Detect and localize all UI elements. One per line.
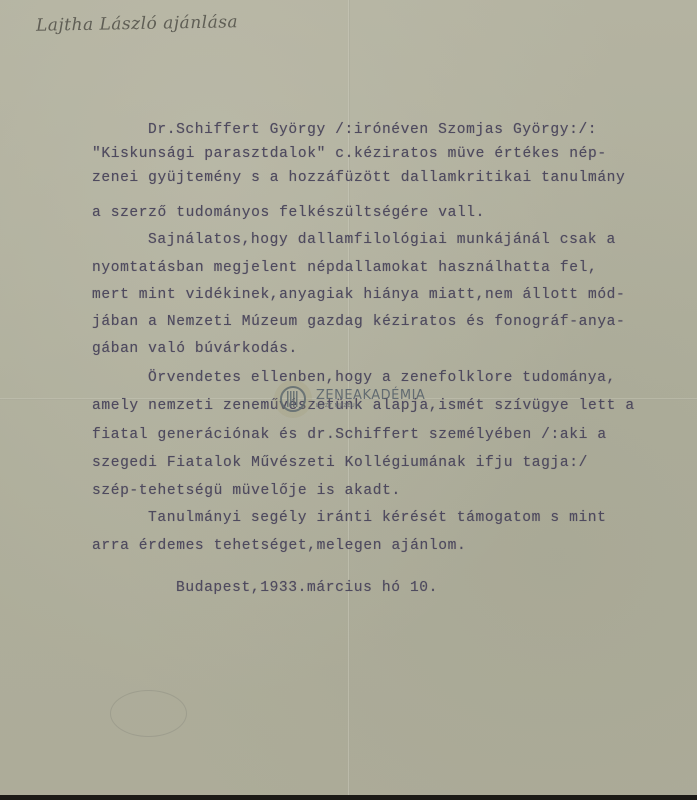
watermark-subtitle: LISZT MÚZEUM bbox=[316, 404, 425, 409]
letter-line: nyomtatásban megjelent népdallamokat has… bbox=[92, 260, 597, 276]
letter-line: "Kiskunsági parasztdalok" c.kéziratos mü… bbox=[92, 146, 607, 162]
letter-line: Dr.Schiffert György /:irónéven Szomjas G… bbox=[148, 122, 597, 138]
letter-line: Sajnálatos,hogy dallamfilológiai munkájá… bbox=[148, 232, 616, 248]
zeneakademia-watermark: ZENEAKADÉMIA LISZT MÚZEUM bbox=[280, 386, 425, 412]
letter-line: Örvendetes ellenben,hogy a zenefolklore … bbox=[148, 370, 616, 386]
scan-bottom-edge bbox=[0, 795, 697, 800]
scanned-letter-page: Lajtha László ajánlása Dr.Schiffert Györ… bbox=[0, 0, 697, 795]
letter-line: szép-tehetségü müvelője is akadt. bbox=[92, 483, 401, 499]
watermark-title: ZENEAKADÉMIA bbox=[316, 389, 425, 402]
letter-line: gában való búvárkodás. bbox=[92, 341, 298, 357]
letter-line: fiatal generációnak és dr.Schiffert szem… bbox=[92, 427, 607, 443]
letter-line: arra érdemes tehetséget,melegen ajánlom. bbox=[92, 538, 466, 554]
letter-line: Tanulmányi segély iránti kérését támogat… bbox=[148, 510, 607, 526]
letter-line: zenei gyüjtemény s a hozzáfüzött dallamk… bbox=[92, 170, 625, 186]
letter-line: jában a Nemzeti Múzeum gazdag kéziratos … bbox=[92, 314, 625, 330]
faint-oval-stamp bbox=[110, 690, 187, 737]
letter-dateline: Budapest,1933.március hó 10. bbox=[176, 580, 438, 596]
letter-line: mert mint vidékinek,anyagiak hiánya miat… bbox=[92, 287, 625, 303]
letter-line: a szerző tudományos felkészültségére val… bbox=[92, 205, 485, 221]
lyre-icon bbox=[280, 386, 306, 412]
handwritten-note: Lajtha László ajánlása bbox=[36, 12, 238, 36]
letter-line: szegedi Fiatalok Művészeti Kollégiumának… bbox=[92, 455, 588, 471]
